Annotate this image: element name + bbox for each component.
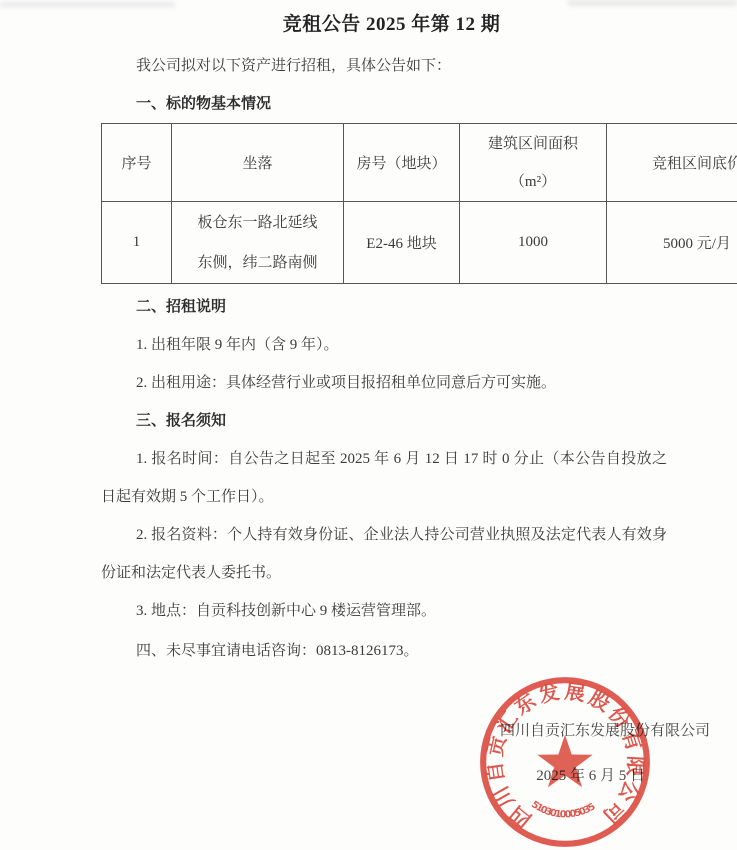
table-row: 1 板仓东一路北延线 东侧，纬二路南侧 E2-46 地块 1000 5000 元… [102,202,737,284]
lots-table: 序号 坐落 房号（地块） 建筑区间面积 （m²） 竞租区间底价 1 板仓东一路北… [101,123,737,284]
cell-base-price: 5000 元/月 [607,202,737,284]
cell-location-line1: 板仓东一路北延线 [182,203,333,243]
seal-serial-number: 5103010005035 [529,799,598,820]
table-header-base-price: 竞租区间底价 [607,124,737,202]
table-header-area-line1: 建筑区间面积 [470,125,596,163]
intro-paragraph: 我公司拟对以下资产进行招租，具体公告如下： [101,47,667,85]
table-header-location: 坐落 [172,124,344,202]
registration-time-item: 1. 报名时间：自公告之日起至 2025 年 6 月 12 日 17 时 0 分… [101,440,667,516]
cell-location-line2: 东侧，纬二路南侧 [182,243,333,283]
page-title: 竞租公告 2025 年第 12 期 [101,10,682,40]
contact-phone-line: 四、未尽事宜请电话咨询：0813-8126173。 [101,632,667,670]
cell-room-no: E2-46 地块 [344,202,460,284]
document-body: 竞租公告 2025 年第 12 期 我公司拟对以下资产进行招租，具体公告如下： … [101,0,682,670]
registration-materials-item: 2. 报名资料：个人持有效身份证、企业法人持公司营业执照及法定代表人有效身份证和… [101,516,667,592]
cell-location: 板仓东一路北延线 东侧，纬二路南侧 [172,202,344,284]
svg-text:四川自贡汇东发展股份有限公司: 四川自贡汇东发展股份有限公司 [482,679,647,831]
table-header-area-line2: （m²） [470,163,596,201]
registration-place-item: 3. 地点：自贡科技创新中心 9 楼运营管理部。 [101,592,667,630]
lease-use-item: 2. 出租用途：具体经营行业或项目报招租单位同意后方可实施。 [101,364,667,402]
table-header-room-no: 房号（地块） [344,124,460,202]
signature-date: 2025 年 6 月 5 日 [536,757,645,795]
section-heading-2: 二、招租说明 [101,288,667,326]
lease-term-item: 1. 出租年限 9 年内（含 9 年）。 [101,326,667,364]
section-heading-3: 三、报名须知 [101,402,667,440]
svg-text:5103010005035: 5103010005035 [529,799,598,820]
signature-company: 四川自贡汇东发展股份有限公司 [500,712,710,750]
table-header-index: 序号 [102,124,172,202]
scanned-document-page: 竞租公告 2025 年第 12 期 我公司拟对以下资产进行招租，具体公告如下： … [0,0,737,850]
cell-area: 1000 [460,202,607,284]
cell-index: 1 [102,202,172,284]
table-header-row: 序号 坐落 房号（地块） 建筑区间面积 （m²） 竞租区间底价 [102,124,737,202]
table-header-area: 建筑区间面积 （m²） [460,124,607,202]
seal-company-arc-text: 四川自贡汇东发展股份有限公司 [482,679,647,831]
section-heading-1: 一、标的物基本情况 [101,85,667,123]
